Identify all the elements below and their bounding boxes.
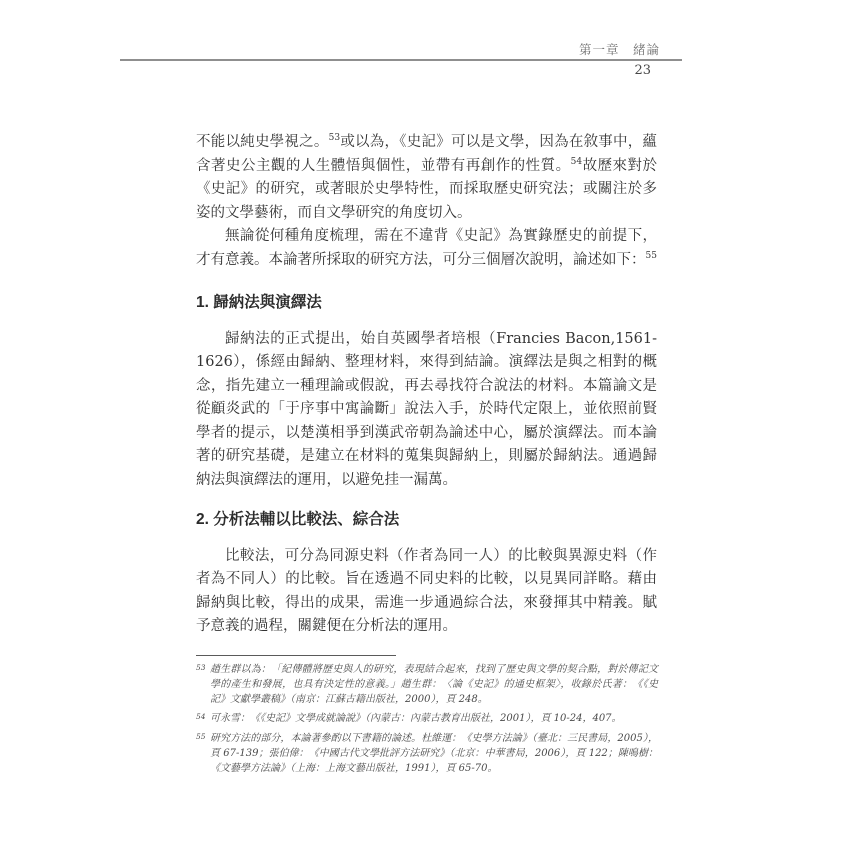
footnote-ref-53: 53: [329, 133, 340, 143]
paragraph-1-text-a: 不能以純史學視之。: [196, 134, 329, 150]
running-head: 第一章 緒論: [120, 40, 660, 58]
footnote-55-text: 研究方法的部分，本論著參酌以下書籍的論述。杜維運：《史學方法論》（臺北：三民書局…: [210, 733, 658, 774]
footnote-divider: [196, 655, 396, 656]
paragraph-1: 不能以純史學視之。53或以為，《史記》可以是文學，因為在敘事中，蘊含著史公主觀的…: [196, 131, 657, 225]
paragraph-3: 歸納法的正式提出，始自英國學者培根（Francies Bacon,1561-16…: [196, 328, 657, 493]
page-content: 不能以純史學視之。53或以為，《史記》可以是文學，因為在敘事中，蘊含著史公主觀的…: [196, 131, 657, 639]
section-heading-1: 1. 歸納法與演繹法: [196, 291, 657, 315]
footnote-55-number: 55: [196, 730, 206, 745]
section-heading-2: 2. 分析法輔以比較法、綜合法: [196, 508, 657, 532]
document-page: 第一章 緒論 23 不能以純史學視之。53或以為，《史記》可以是文學，因為在敘事…: [0, 0, 850, 850]
footnote-ref-54: 54: [571, 157, 582, 167]
paragraph-2: 無論從何種角度梳理，需在不違背《史記》為實錄歷史的前提下，才有意義。本論著所採取…: [196, 225, 657, 272]
page-number: 23: [120, 63, 651, 78]
footnotes: 53 趙生群以為：「紀傳體將歷史與人的研究，表現結合起來，找到了歷史與文學的契合…: [196, 663, 658, 782]
footnote-53-number: 53: [196, 661, 206, 676]
footnote-ref-55: 55: [646, 251, 657, 261]
footnote-53-text: 趙生群以為：「紀傳體將歷史與人的研究，表現結合起來，找到了歷史與文學的契合點，對…: [210, 664, 658, 705]
footnote-54: 54 可永雪：《《史記》文學成就論說》（內蒙古：內蒙古教育出版社，2001），頁…: [196, 712, 658, 727]
paragraph-2-text: 無論從何種角度梳理，需在不違背《史記》為實錄歷史的前提下，才有意義。本論著所採取…: [196, 228, 657, 268]
footnote-53: 53 趙生群以為：「紀傳體將歷史與人的研究，表現結合起來，找到了歷史與文學的契合…: [196, 663, 658, 707]
footnote-54-text: 可永雪：《《史記》文學成就論說》（內蒙古：內蒙古教育出版社，2001），頁 10…: [210, 713, 622, 724]
paragraph-4: 比較法，可分為同源史料（作者為同一人）的比較與異源史料（作者為不同人）的比較。旨…: [196, 545, 657, 639]
header-divider: [120, 59, 682, 61]
footnote-55: 55 研究方法的部分，本論著參酌以下書籍的論述。杜維運：《史學方法論》（臺北：三…: [196, 732, 658, 776]
footnote-54-number: 54: [196, 710, 206, 725]
